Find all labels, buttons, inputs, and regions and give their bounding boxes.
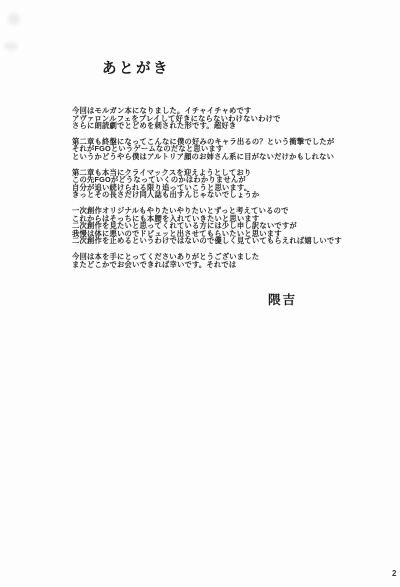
text-line: きっとその長さだけ同人誌も出すんじゃないでしょうか: [72, 191, 382, 199]
paragraph: 今回は本を手にとってくださいありがとうございました またどこかでお会いできれば幸…: [72, 253, 382, 268]
paragraph: 第二章も終盤になってこんなに僕の好みのキャラ出るの？という衝撃でしたが それがF…: [72, 138, 382, 161]
paragraph: 第二章も本当にクライマックスを迎えようとしており この先FGOがどうなっていくの…: [72, 169, 382, 199]
paragraph: 今回はモルガン本になりました。イチャイチャめです アヴァロンルフェをプレイして好…: [72, 107, 382, 130]
afterword-title: あとがき: [102, 57, 170, 78]
page-number: 2: [392, 569, 396, 578]
afterword-body: 今回はモルガン本になりました。イチャイチャめです アヴァロンルフェをプレイして好…: [72, 107, 382, 276]
text-line: またどこかでお会いできれば幸いです。それでは: [72, 261, 382, 269]
scan-smudge: [8, 13, 20, 25]
text-line: 二次創作を止めるというわけではないので優しく見ていてもらえれば嬉しいです: [72, 237, 382, 245]
text-line: というかどうやら僕はアルトリア顔のお姉さん系に目がないだけかもしれない: [72, 153, 382, 161]
author-signature: 隈吉: [268, 290, 297, 308]
afterword-page: あとがき 今回はモルガン本になりました。イチャイチャめです アヴァロンルフェをプ…: [0, 0, 400, 587]
paragraph: 一次創作オリジナルもやりたいやりたいとずっと考えているので これからはそっちにも…: [72, 207, 382, 245]
text-line: さらに朗読劇でとどめを刺された形です。超好き: [72, 122, 382, 130]
scan-smudge: [4, 42, 18, 50]
